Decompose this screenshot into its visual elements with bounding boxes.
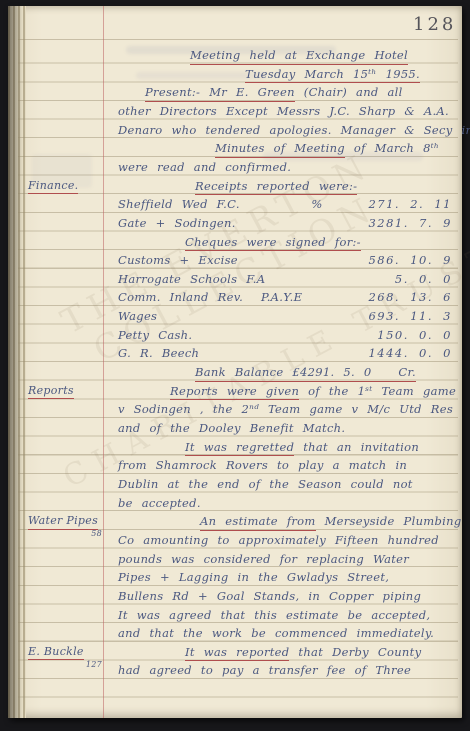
page-number-stamp: 128 xyxy=(413,14,456,35)
minutes-line: G. R. Beech1444. 0. 0 xyxy=(8,346,462,365)
handwritten-text: Harrogate Schools F.A xyxy=(118,272,265,286)
scan-background: THE EVERTON COLLECTION CHARITABLE TRUST … xyxy=(0,0,470,731)
red-underlined-text: Receipts reported were:- xyxy=(195,179,357,196)
handwritten-text: Customs + Excise xyxy=(118,253,238,267)
minutes-line: Gate + Sodingen.3281. 7. 9 xyxy=(8,216,462,235)
amount-value: 5. 0. 0 xyxy=(395,272,452,286)
red-underlined-text: Meeting held at Exchange Hotel xyxy=(190,48,408,65)
minutes-line: Pipes + Lagging in the Gwladys Street, xyxy=(8,570,462,589)
handwritten-text: and of the Dooley Benefit Match. xyxy=(118,421,345,435)
handwritten-text: v Sodingen , the 2ⁿᵈ Team game v M/c Utd… xyxy=(118,402,453,416)
amount-value: 1444. 0. 0 xyxy=(368,346,452,360)
minutes-line: Wages693. 11. 3 xyxy=(8,309,462,328)
amount-value: 693. 11. 3 xyxy=(368,309,452,323)
minutes-line: and of the Dooley Benefit Match. xyxy=(8,421,462,440)
minutes-line: It was agreed that this estimate be acce… xyxy=(8,608,462,627)
minutes-line: had agreed to pay a transfer fee of Thre… xyxy=(8,663,462,682)
handwritten-text: pounds was considered for replacing Wate… xyxy=(118,552,409,566)
scanned-minute-book: { "page": { "number": "128" }, "watermar… xyxy=(0,0,470,731)
handwritten-text: Sheffield Wed F.C. % xyxy=(118,197,323,211)
handwritten-text: Petty Cash. xyxy=(118,328,192,342)
handwritten-text: and that the work be commenced immediate… xyxy=(118,626,434,640)
minutes-line: Receipts reported were:- xyxy=(8,179,462,198)
handwritten-text: had agreed to pay a transfer fee of Thre… xyxy=(118,663,411,677)
handwritten-text: Co amounting to approximately Fifteen hu… xyxy=(118,533,439,547)
red-underlined-text: Present:- Mr E. Green xyxy=(145,85,295,102)
minutes-line: Tuesday March 15ᵗʰ 1955. xyxy=(8,67,462,86)
minutes-line: It was reported that Derby County xyxy=(8,645,462,664)
minutes-line: Petty Cash.150. 0. 0 xyxy=(8,328,462,347)
minutes-line: Present:- Mr E. Green (Chair) and all xyxy=(8,85,462,104)
minutes-line: Sheffield Wed F.C. %271. 2. 11 xyxy=(8,197,462,216)
amount-value: 268. 13. 6 xyxy=(368,290,452,304)
red-underlined-text: Bank Balance £4291. 5. 0 Cr. xyxy=(195,365,416,382)
minutes-line: It was regretted that an invitation xyxy=(8,440,462,459)
minutes-line: Dublin at the end of the Season could no… xyxy=(8,477,462,496)
amount-value: 150. 0. 0 xyxy=(377,328,452,342)
handwritten-text: of March 8ᵗʰ xyxy=(345,141,439,155)
handwritten-text: G. R. Beech xyxy=(118,346,199,360)
red-underlined-text: Minutes of Meeting xyxy=(215,141,345,158)
minutes-line: other Directors Except Messrs J.C. Sharp… xyxy=(8,104,462,123)
handwritten-text: Dublin at the end of the Season could no… xyxy=(118,477,413,491)
minutes-line: be accepted. xyxy=(8,496,462,515)
minutes-line: were read and confirmed. xyxy=(8,160,462,179)
handwritten-text: It was agreed that this estimate be acce… xyxy=(118,608,430,622)
handwritten-text: other Directors Except Messrs J.C. Sharp… xyxy=(118,104,449,118)
handwritten-text: Comm. Inland Rev. P.A.Y.E xyxy=(118,290,302,304)
minutes-line: Comm. Inland Rev. P.A.Y.E268. 13. 6 xyxy=(8,290,462,309)
handwritten-text: Gate + Sodingen. xyxy=(118,216,236,230)
red-underlined-text: An estimate from xyxy=(200,514,316,531)
minutes-line: Denaro who tendered apologies. Manager &… xyxy=(8,123,462,142)
red-underlined-text: Cheques were signed for:- xyxy=(185,235,361,252)
handwritten-text: (Chair) and all xyxy=(295,85,403,99)
amount-value: 3281. 7. 9 xyxy=(368,216,452,230)
minutes-line: Minutes of Meeting of March 8ᵗʰ xyxy=(8,141,462,160)
minutes-line: Bullens Rd + Goal Stands, in Copper pipi… xyxy=(8,589,462,608)
minutes-line: An estimate from Merseyside Plumbing xyxy=(8,514,462,533)
minutes-line: and that the work be commenced immediate… xyxy=(8,626,462,645)
handwritten-text: were read and confirmed. xyxy=(118,160,291,174)
handwritten-text: of the 1ˢᵗ Team game xyxy=(299,384,456,398)
amount-value: 271. 2. 11 xyxy=(368,197,452,211)
minutes-line: from Shamrock Rovers to play a match in xyxy=(8,458,462,477)
amount-value: 586. 10. 9 xyxy=(368,253,452,267)
handwritten-text: Denaro who tendered apologies. Manager &… xyxy=(118,123,470,137)
handwritten-text: from Shamrock Rovers to play a match in xyxy=(118,458,407,472)
red-underlined-text: Reports were given xyxy=(170,384,299,401)
minutes-line: Cheques were signed for:- xyxy=(8,235,462,254)
handwritten-text: that an invitation xyxy=(294,440,419,454)
handwritten-text: that Derby County xyxy=(289,645,421,659)
header-rule xyxy=(18,39,458,40)
red-underlined-text: It was reported xyxy=(185,645,289,662)
minutes-line: Bank Balance £4291. 5. 0 Cr. xyxy=(8,365,462,384)
red-underlined-text: It was regretted xyxy=(185,440,294,457)
handwritten-text: Bullens Rd + Goal Stands, in Copper pipi… xyxy=(118,589,421,603)
ledger-page: THE EVERTON COLLECTION CHARITABLE TRUST … xyxy=(8,6,462,718)
minutes-line: pounds was considered for replacing Wate… xyxy=(8,552,462,571)
minutes-line: Harrogate Schools F.A5. 0. 0 xyxy=(8,272,462,291)
handwritten-text: Wages xyxy=(118,309,157,323)
handwritten-text: Pipes + Lagging in the Gwladys Street, xyxy=(118,570,389,584)
minutes-line: Meeting held at Exchange Hotel xyxy=(8,48,462,67)
handwritten-text: be accepted. xyxy=(118,496,201,510)
minutes-line: Reports were given of the 1ˢᵗ Team game xyxy=(8,384,462,403)
minutes-line: v Sodingen , the 2ⁿᵈ Team game v M/c Utd… xyxy=(8,402,462,421)
handwritten-text: Merseyside Plumbing xyxy=(316,514,462,528)
red-underlined-text: Tuesday March 15ᵗʰ 1955. xyxy=(245,67,420,84)
minutes-line: Co amounting to approximately Fifteen hu… xyxy=(8,533,462,552)
minutes-line: Customs + Excise586. 10. 9 xyxy=(8,253,462,272)
